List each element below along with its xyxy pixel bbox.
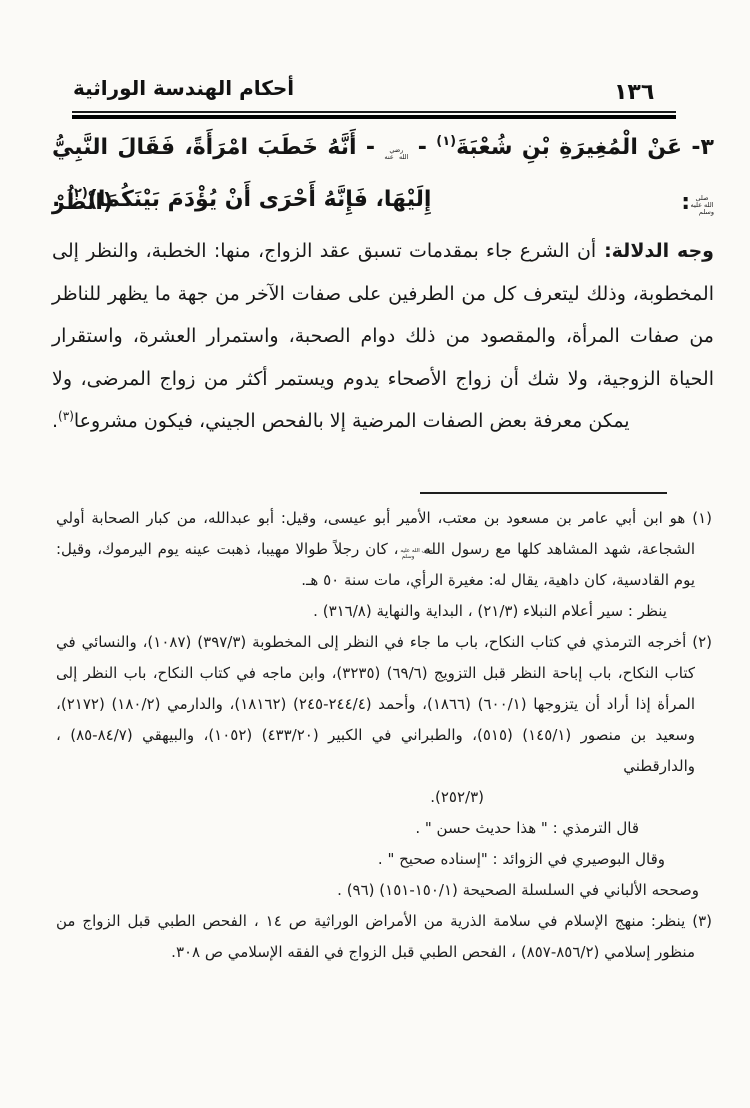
footnote-3-text: ينظر: منهج الإسلام في سلامة الذرية من ال… <box>56 912 695 961</box>
header-rule <box>72 111 676 119</box>
footnote-ref-1: (١) <box>436 134 456 149</box>
footnote-2-marker: (٢) <box>686 633 712 651</box>
hadith-paragraph: ٣- عَنْ الْمُغِيرَةِ بْنِ شُعْبَةَ(١) - … <box>52 122 714 227</box>
footnote-3-marker: (٣) <box>685 912 712 930</box>
dalala-paragraph: وجه الدلالة: أن الشرع جاء بمقدمات تسبق ع… <box>52 230 714 445</box>
footnote-2-text: أخرجه الترمذي في كتاب النكاح، باب ما جاء… <box>56 633 695 775</box>
footnote-2-albani-line: وصححه الألباني في السلسلة الصحيحة ‭(١٥١-… <box>56 875 712 906</box>
footnote-2-volume-line: (٢٥٢/٣). <box>56 782 712 813</box>
hadith-text: إِلَيْهَا، فَإِنَّهُ أَحْرَى أَنْ يُؤْدَ… <box>88 187 432 212</box>
radi-allahu-anhu-seal-icon: رضي الله عنه <box>384 147 408 161</box>
footnotes-section: (١) هو ابن أبي عامر بن مسعود بن معتب، ال… <box>56 503 712 968</box>
dalala-lead: وجه الدلالة: <box>596 240 714 262</box>
hadith-text: - <box>408 135 436 160</box>
hadith-text: . <box>52 187 68 212</box>
pbuh-seal-icon: صلى الله عليه وسلم <box>690 195 714 216</box>
hadith-line-1: ٣- عَنْ الْمُغِيرَةِ بْنِ شُعْبَةَ(١) - … <box>52 122 714 176</box>
footnote-2: (٢) أخرجه الترمذي في كتاب النكاح، باب ما… <box>56 627 712 782</box>
header-rule-thin <box>72 111 676 113</box>
dalala-text: أن الشرع جاء بمقدمات تسبق عقد الزواج، من… <box>52 240 714 432</box>
pbuh-seal-icon: صلى الله عليه وسلم <box>399 549 418 561</box>
footnote-1-marker: (١) <box>685 509 712 527</box>
book-page: أحكام الهندسة الوراثية ١٣٦ ٣- عَنْ الْمُ… <box>0 0 750 1108</box>
footnote-ref-2: (٢) <box>68 186 88 201</box>
header-rule-thick <box>72 115 676 119</box>
footnote-1-source-line: ينظر : سير أعلام النبلاء (٢١/٣) ، البداي… <box>56 596 712 627</box>
footnote-separator <box>420 492 667 494</box>
footnote-2-busiri-line: وقال البوصيري في الزوائد : "إسناده صحيح … <box>56 844 712 875</box>
footnote-1: (١) هو ابن أبي عامر بن مسعود بن معتب، ال… <box>56 503 712 596</box>
hadith-text: ٣- عَنْ الْمُغِيرَةِ بْنِ شُعْبَةَ <box>456 135 714 160</box>
footnote-2-tirmidhi-line: قال الترمذي : " هذا حديث حسن " . <box>56 813 712 844</box>
page-number: ١٣٦ <box>614 80 654 105</box>
footnote-3: (٣) ينظر: منهج الإسلام في سلامة الذرية م… <box>56 906 712 968</box>
hadith-text: - أَنَّهُ خَطَبَ امْرَأَةً، فَقَالَ النَ… <box>52 135 384 160</box>
footnote-ref-3: (٣) <box>58 409 74 423</box>
book-title: أحكام الهندسة الوراثية <box>73 76 294 100</box>
